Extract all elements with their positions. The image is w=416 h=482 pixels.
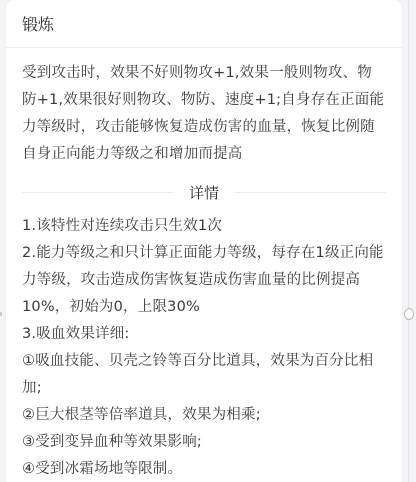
ability-card: 锻炼 受到攻击时，效果不好则物攻+1,效果一般则物攻、物防+1,效果很好则物攻、… [6, 0, 402, 482]
left-resize-handle[interactable] [0, 312, 2, 316]
detail-item: ④受到冰霜场地等限制。 [22, 456, 386, 482]
detail-item: ③受到变异血种等效果影响; [22, 429, 386, 456]
details-divider: 详情 [22, 182, 386, 203]
ability-description: 受到攻击时，效果不好则物攻+1,效果一般则物攻、物防+1,效果很好则物攻、物防、… [22, 60, 386, 168]
card-body: 受到攻击时，效果不好则物攻+1,效果一般则物攻、物防+1,效果很好则物攻、物防、… [6, 48, 402, 482]
card-header: 锻炼 [6, 0, 402, 48]
detail-item: ①吸血技能、贝壳之铃等百分比道具，效果为百分比相加; [22, 348, 386, 402]
detail-item: 2.能力等级之和只计算正面能力等级，每存在1级正向能力等级，攻击造成伤害恢复造成… [22, 240, 386, 321]
ability-title: 锻炼 [22, 12, 54, 35]
detail-item: 3.吸血效果详细: [22, 321, 386, 348]
splitter-rail[interactable] [408, 0, 409, 482]
detail-item: 1.该特性对连续攻击只生效1次 [22, 213, 386, 240]
detail-item: ②巨大根茎等倍率道具，效果为相乘; [22, 402, 386, 429]
details-list: 1.该特性对连续攻击只生效1次 2.能力等级之和只计算正面能力等级，每存在1级正… [22, 213, 386, 482]
divider-line-left [22, 192, 173, 193]
details-heading: 详情 [173, 182, 235, 203]
splitter-handle-icon[interactable] [404, 308, 414, 320]
divider-line-right [235, 192, 386, 193]
